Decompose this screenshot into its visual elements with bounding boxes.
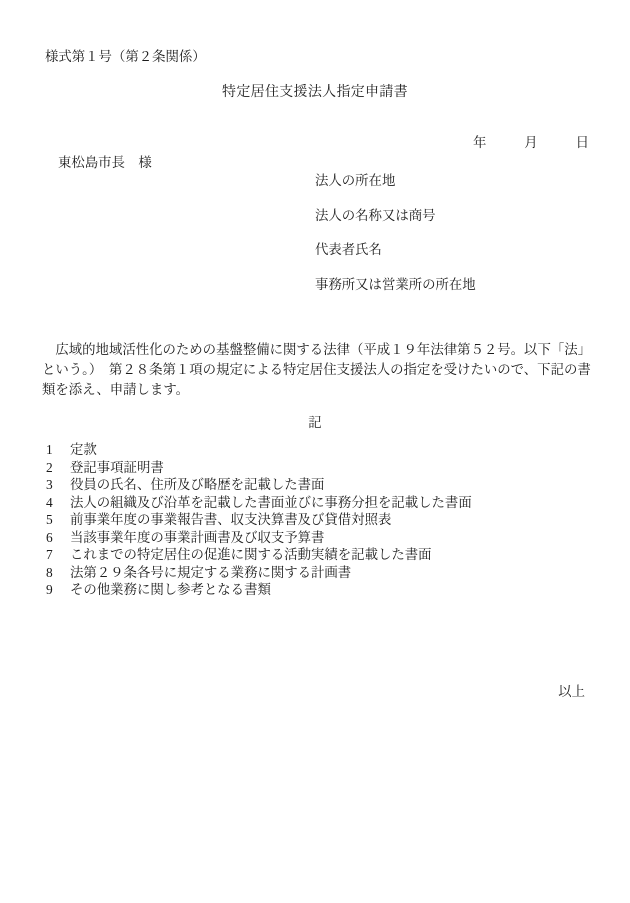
attachment-item: 7これまでの特定居住の促進に関する活動実績を記載した書面 [46, 546, 472, 564]
closing: 以上 [558, 681, 585, 700]
date-year-label: 年 [473, 132, 486, 151]
attachment-item: 5前事業年度の事業報告書、収支決算書及び貸借対照表 [46, 511, 472, 529]
document-title: 特定居住支援法人指定申請書 [0, 81, 630, 101]
attachment-number: 1 [46, 441, 70, 459]
attachment-item: 2登記事項証明書 [46, 459, 472, 477]
addressee: 東松島市長 様 [58, 152, 152, 171]
attachment-text: 定款 [70, 442, 97, 457]
attachment-number: 8 [46, 564, 70, 582]
attachment-list: 1定款 2登記事項証明書 3役員の氏名、住所及び略歴を記載した書面 4法人の組織… [46, 441, 472, 599]
attachment-number: 4 [46, 494, 70, 512]
field-label-corporation-address: 法人の所在地 [315, 170, 395, 189]
attachment-text: 前事業年度の事業報告書、収支決算書及び貸借対照表 [70, 512, 391, 527]
attachment-text: 法人の組織及び沿革を記載した書面並びに事務分担を記載した書面 [70, 495, 472, 510]
attachment-text: 当該事業年度の事業計画書及び収支予算書 [70, 530, 324, 545]
date-day-label: 日 [576, 132, 589, 151]
attachment-number: 2 [46, 459, 70, 477]
attachment-text: その他業務に関し参考となる書類 [70, 582, 271, 597]
date-month-label: 月 [524, 132, 537, 151]
attachment-item: 3役員の氏名、住所及び略歴を記載した書面 [46, 476, 472, 494]
list-heading: 記 [0, 412, 630, 431]
attachment-number: 3 [46, 476, 70, 494]
attachment-text: 登記事項証明書 [70, 460, 164, 475]
attachment-item: 9その他業務に関し参考となる書類 [46, 581, 472, 599]
attachment-number: 6 [46, 529, 70, 547]
field-label-office-address: 事務所又は営業所の所在地 [315, 274, 476, 293]
attachment-number: 5 [46, 511, 70, 529]
attachment-text: 役員の氏名、住所及び略歴を記載した書面 [70, 477, 324, 492]
document-page: 様式第１号（第２条関係） 特定居住支援法人指定申請書 年 月 日 東松島市長 様… [0, 0, 630, 903]
field-label-corporation-name: 法人の名称又は商号 [315, 205, 436, 224]
attachment-item: 1定款 [46, 441, 472, 459]
form-number: 様式第１号（第２条関係） [45, 46, 206, 65]
attachment-item: 8法第２９条各号に規定する業務に関する計画書 [46, 564, 472, 582]
attachment-item: 4法人の組織及び沿革を記載した書面並びに事務分担を記載した書面 [46, 494, 472, 512]
attachment-number: 7 [46, 546, 70, 564]
attachment-text: これまでの特定居住の促進に関する活動実績を記載した書面 [70, 547, 432, 562]
date-line: 年 月 日 [473, 132, 589, 151]
field-label-representative-name: 代表者氏名 [315, 239, 382, 258]
attachment-item: 6当該事業年度の事業計画書及び収支予算書 [46, 529, 472, 547]
attachment-number: 9 [46, 581, 70, 599]
body-paragraph: 広域的地域活性化のための基盤整備に関する法律（平成１９年法律第５２号。以下「法」… [42, 340, 594, 400]
attachment-text: 法第２９条各号に規定する業務に関する計画書 [70, 565, 351, 580]
